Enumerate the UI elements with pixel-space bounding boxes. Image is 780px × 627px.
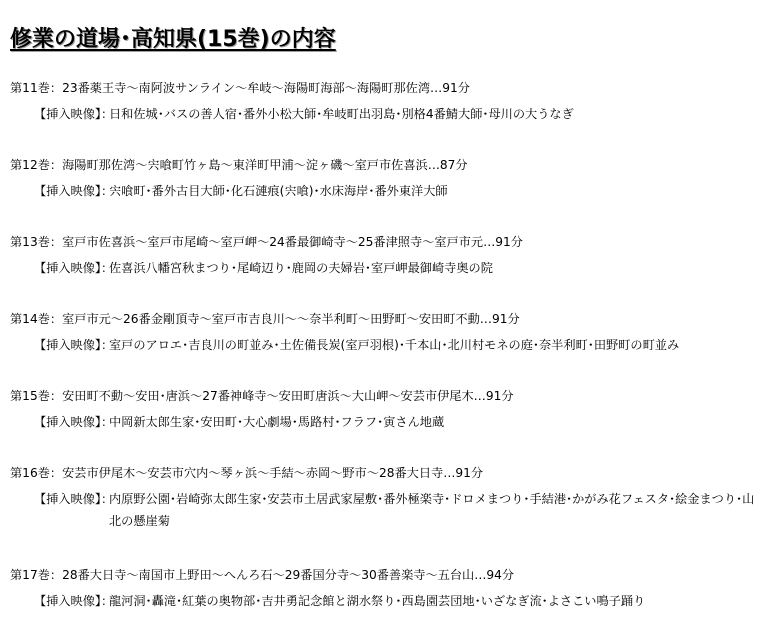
insert-items: 日和佐城･バスの善人宿･番外小松大師･牟岐町出羽島･別格4番鯖大師･母川の大うな… [109, 103, 759, 125]
volume-route: 第15巻：安田町不動～安田･唐浜～27番神峰寺～安田町唐浜～大山岬～安芸市伊尾木… [10, 388, 770, 404]
insert-items: 中岡新太郎生家･安田町･大心劇場･馬路村･フラフ･寅さん地蔵 [109, 411, 759, 433]
insert-row: 【挿入映像】： 日和佐城･バスの善人宿･番外小松大師･牟岐町出羽島･別格4番鯖大… [10, 106, 770, 125]
insert-row: 【挿入映像】： 内原野公園･岩崎弥太郎生家･安芸市土居武家屋敷･番外極楽寺･ドロ… [10, 491, 770, 532]
volume-12: 第12巻：海陽町那佐湾～宍喰町竹ヶ島～東洋町甲浦～淀ヶ磯～室戸市佐喜浜…87分 … [10, 157, 770, 202]
insert-label: 【挿入映像】： [34, 106, 109, 125]
insert-row: 【挿入映像】： 龍河洞･轟滝･紅葉の奥物部･吉井勇記念館と湖水祭り･西島園芸団地… [10, 593, 770, 612]
insert-label: 【挿入映像】： [34, 337, 109, 356]
volume-14: 第14巻：室戸市元～26番金剛頂寺～室戸市吉良川～～奈半利町～田野町～安田町不動… [10, 311, 770, 356]
page-title: 修業の道場･高知県(15巻)の内容 [10, 22, 336, 53]
volume-route: 第17巻：28番大日寺～南国市上野田～へんろ石～29番国分寺～30番善楽寺～五台… [10, 567, 770, 583]
insert-label: 【挿入映像】： [34, 491, 109, 532]
volume-route: 第11巻：23番薬王寺～南阿波サンライン～牟岐～海陽町海部～海陽町那佐湾…91分 [10, 80, 770, 96]
insert-label: 【挿入映像】： [34, 183, 109, 202]
volume-13: 第13巻：室戸市佐喜浜～室戸市尾崎～室戸岬～24番最御崎寺～25番津照寺～室戸市… [10, 234, 770, 279]
volume-16: 第16巻：安芸市伊尾木～安芸市穴内～琴ヶ浜～手結～赤岡～野市～28番大日寺…91… [10, 465, 770, 532]
insert-row: 【挿入映像】： 佐喜浜八幡宮秋まつり･尾崎辺り･鹿岡の夫婦岩･室戸岬最御崎寺奥の… [10, 260, 770, 279]
insert-items: 内原野公園･岩崎弥太郎生家･安芸市土居武家屋敷･番外極楽寺･ドロメまつり･手結港… [109, 488, 759, 532]
volume-route: 第16巻：安芸市伊尾木～安芸市穴内～琴ヶ浜～手結～赤岡～野市～28番大日寺…91… [10, 465, 770, 481]
volume-route: 第12巻：海陽町那佐湾～宍喰町竹ヶ島～東洋町甲浦～淀ヶ磯～室戸市佐喜浜…87分 [10, 157, 770, 173]
volume-route: 第13巻：室戸市佐喜浜～室戸市尾崎～室戸岬～24番最御崎寺～25番津照寺～室戸市… [10, 234, 770, 250]
insert-items: 室戸のアロエ･吉良川の町並み･土佐備長炭(室戸羽根)･千本山･北川村モネの庭･奈… [109, 334, 759, 356]
insert-items: 佐喜浜八幡宮秋まつり･尾崎辺り･鹿岡の夫婦岩･室戸岬最御崎寺奥の院 [109, 257, 759, 279]
volume-17: 第17巻：28番大日寺～南国市上野田～へんろ石～29番国分寺～30番善楽寺～五台… [10, 567, 770, 612]
insert-items: 宍喰町･番外古目大師･化石漣痕(宍喰)･水床海岸･番外東洋大師 [109, 180, 759, 202]
insert-label: 【挿入映像】： [34, 414, 109, 433]
insert-label: 【挿入映像】： [34, 593, 109, 612]
volume-15: 第15巻：安田町不動～安田･唐浜～27番神峰寺～安田町唐浜～大山岬～安芸市伊尾木… [10, 388, 770, 433]
insert-label: 【挿入映像】： [34, 260, 109, 279]
insert-row: 【挿入映像】： 中岡新太郎生家･安田町･大心劇場･馬路村･フラフ･寅さん地蔵 [10, 414, 770, 433]
insert-row: 【挿入映像】： 室戸のアロエ･吉良川の町並み･土佐備長炭(室戸羽根)･千本山･北… [10, 337, 770, 356]
volume-route: 第14巻：室戸市元～26番金剛頂寺～室戸市吉良川～～奈半利町～田野町～安田町不動… [10, 311, 770, 327]
insert-row: 【挿入映像】： 宍喰町･番外古目大師･化石漣痕(宍喰)･水床海岸･番外東洋大師 [10, 183, 770, 202]
insert-items: 龍河洞･轟滝･紅葉の奥物部･吉井勇記念館と湖水祭り･西島園芸団地･いざなぎ流･よ… [109, 590, 759, 612]
volume-11: 第11巻：23番薬王寺～南阿波サンライン～牟岐～海陽町海部～海陽町那佐湾…91分… [10, 80, 770, 125]
